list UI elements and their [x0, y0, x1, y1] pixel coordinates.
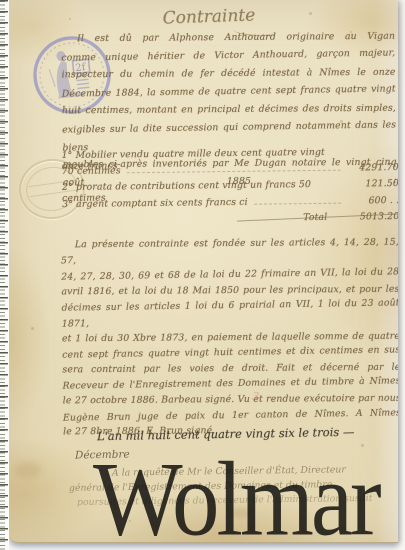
item-label: 3° argent comptant six cents francs ci [62, 196, 248, 209]
handwritten-line: La présente contrainte est fondée sur le… [61, 235, 398, 269]
ruler-edge [0, 0, 9, 550]
document-title: Contrainte [121, 4, 298, 30]
ruler-long-ticks [0, 0, 8, 550]
stain [309, 12, 312, 15]
document-scan: Contrainte 2f Il est dû par Alphonse Ant… [0, 0, 405, 550]
account-total-row: Total 5013.20 [62, 211, 398, 231]
item-amount [353, 154, 398, 155]
total-amount: 5013.20 [347, 211, 398, 223]
paper-sheet: Contrainte 2f Il est dû par Alphonse Ant… [9, 0, 398, 543]
item-amount: 600 . . [347, 195, 398, 207]
item-amount: 121.50 [350, 178, 398, 190]
handwritten-line: décimes sur les articles 1 loi du 6 prai… [61, 296, 398, 332]
wolmar-watermark: Wolmar [93, 448, 379, 543]
legal-paragraph: La présente contrainte est fondée sur le… [61, 234, 398, 441]
leader-line [254, 202, 342, 204]
item-label: 70 centimes [62, 166, 121, 178]
account-items: 1° Mobilier vendu quatre mille deux cent… [62, 146, 398, 231]
stain [15, 462, 41, 478]
stain [31, 327, 34, 330]
item-amount: 4291.70 [347, 162, 398, 174]
stain [69, 18, 71, 20]
